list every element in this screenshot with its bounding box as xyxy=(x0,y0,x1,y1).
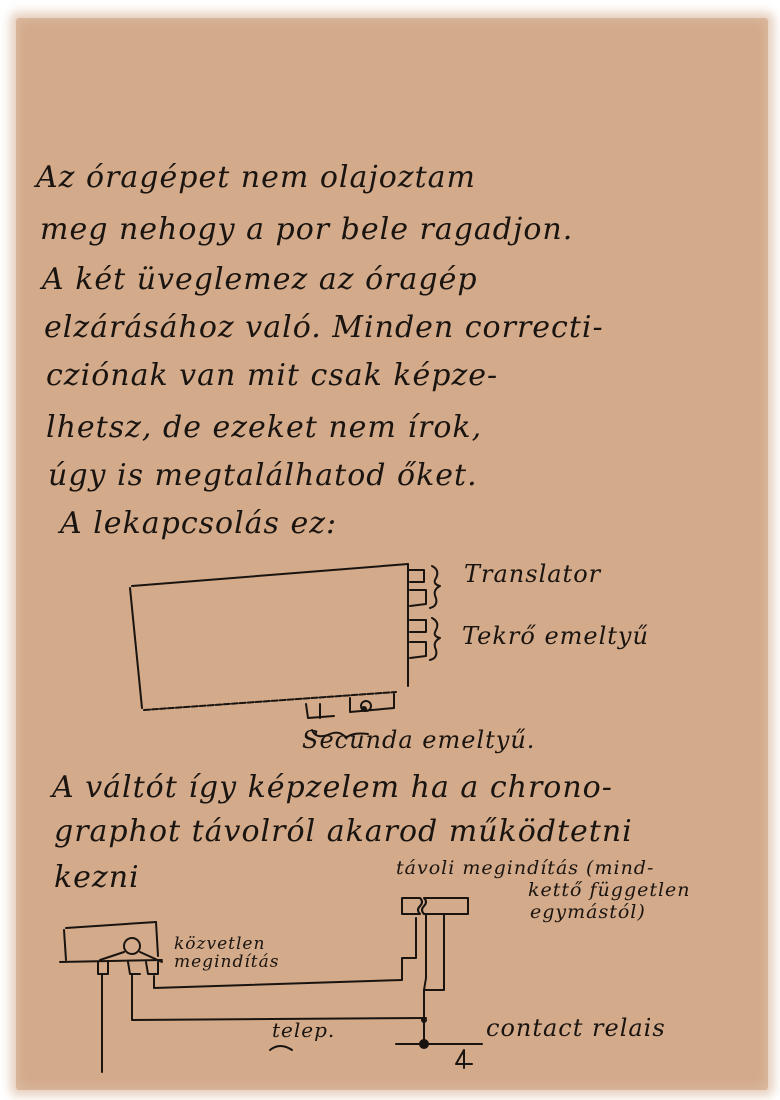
wiring-diagram-sketch xyxy=(60,898,482,1072)
clockwork-box-sketch xyxy=(130,564,440,738)
manuscript-page: Az óragépet nem olajoztam meg nehogy a p… xyxy=(16,18,768,1090)
sketch-diagrams xyxy=(16,18,768,1090)
